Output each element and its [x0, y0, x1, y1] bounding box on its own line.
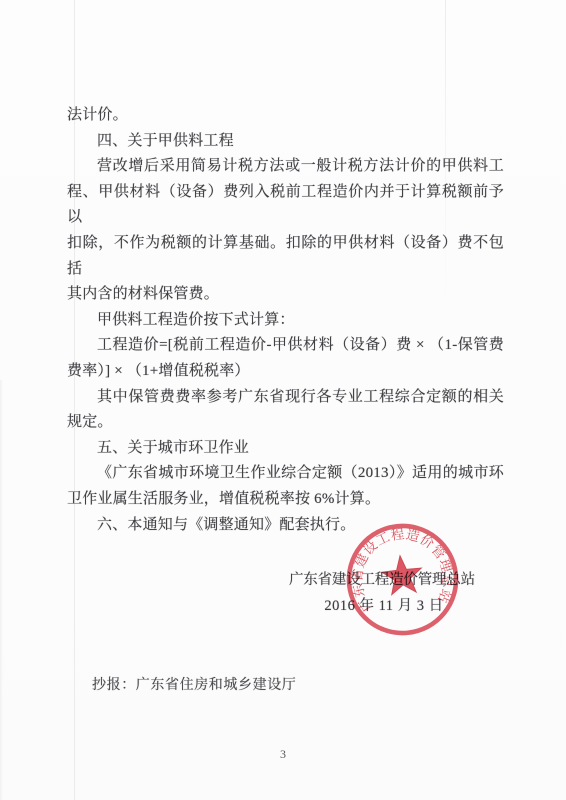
page-number: 3 — [280, 747, 286, 762]
body-line: 扣除，不作为税额的计算基础。扣除的甲供材料（设备）费不包括 — [67, 231, 504, 282]
cc-line: 抄报：广东省住房和城乡建设厅 — [92, 674, 296, 694]
body-line: 法计价。 — [67, 103, 504, 129]
body-line: 卫作业属生活服务业，增值税税率按 6%计算。 — [67, 487, 504, 513]
body-line: 五、关于城市环卫作业 — [67, 436, 504, 462]
body-line: 工程造价=[税前工程造价-甲供材料（设备）费 × （1-保管费 — [67, 333, 504, 359]
body-line: 甲供料工程造价按下式计算： — [67, 308, 504, 334]
body-line: 规定。 — [67, 410, 504, 436]
scan-edge-shadow — [0, 380, 3, 800]
body-line: 程、甲供材料（设备）费列入税前工程造价内并于计算税额前予以 — [67, 180, 504, 231]
body-line: 其中保管费费率参考广东省现行各专业工程综合定额的相关 — [67, 385, 504, 411]
body-line: 费率）] × （1+增值税税率） — [67, 359, 504, 385]
body-line: 《广东省城市环境卫生作业综合定额（2013）》适用的城市环 — [67, 461, 504, 487]
body-line: 四、关于甲供料工程 — [67, 129, 504, 155]
star-icon — [380, 554, 423, 596]
body-line: 其内含的材料保管费。 — [67, 282, 504, 308]
body-text: 法计价。四、关于甲供料工程营改增后采用简易计税方法或一般计税方法计价的甲供料工程… — [67, 103, 504, 538]
body-line: 营改增后采用简易计税方法或一般计税方法计价的甲供料工 — [67, 154, 504, 180]
official-seal: 广东省建设工程造价管理总站 — [337, 514, 468, 645]
scanned-document-page: 法计价。四、关于甲供料工程营改增后采用简易计税方法或一般计税方法计价的甲供料工程… — [0, 0, 566, 800]
